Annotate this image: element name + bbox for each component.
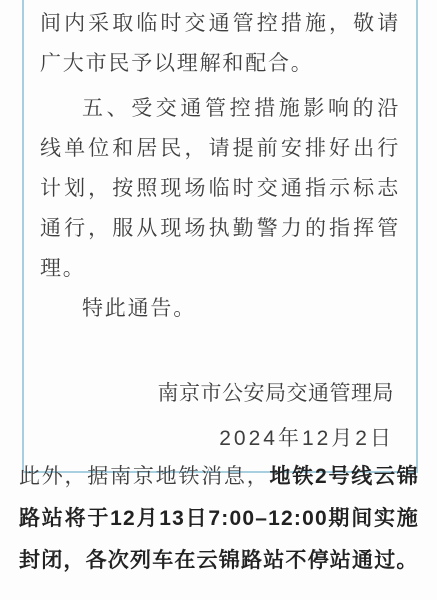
notice-signature: 南京市公安局交通管理局: [40, 371, 394, 416]
article-page: 间内采取临时交通管控措施，敬请广大市民予以理解和配合。 五、受交通管控措施影响的…: [0, 0, 437, 600]
notice-signature-block: 南京市公安局交通管理局 2024年12月2日: [40, 371, 400, 461]
metro-news-prefix: 此外，据南京地铁消息，: [19, 465, 269, 488]
notice-paragraph-continuation: 间内采取临时交通管控措施，敬请广大市民予以理解和配合。: [40, 4, 400, 84]
metro-news-paragraph: 此外，据南京地铁消息，地铁2号线云锦路站将于12月13日7:00–12:00期间…: [19, 456, 419, 582]
notice-date: 2024年12月2日: [40, 416, 394, 461]
notice-paragraph-closing: 特此通告。: [40, 289, 400, 329]
notice-paragraph-item5: 五、受交通管控措施影响的沿线单位和居民，请提前安排好出行计划，按照现场临时交通指…: [40, 89, 400, 289]
notice-box: 间内采取临时交通管控措施，敬请广大市民予以理解和配合。 五、受交通管控措施影响的…: [22, 0, 418, 473]
